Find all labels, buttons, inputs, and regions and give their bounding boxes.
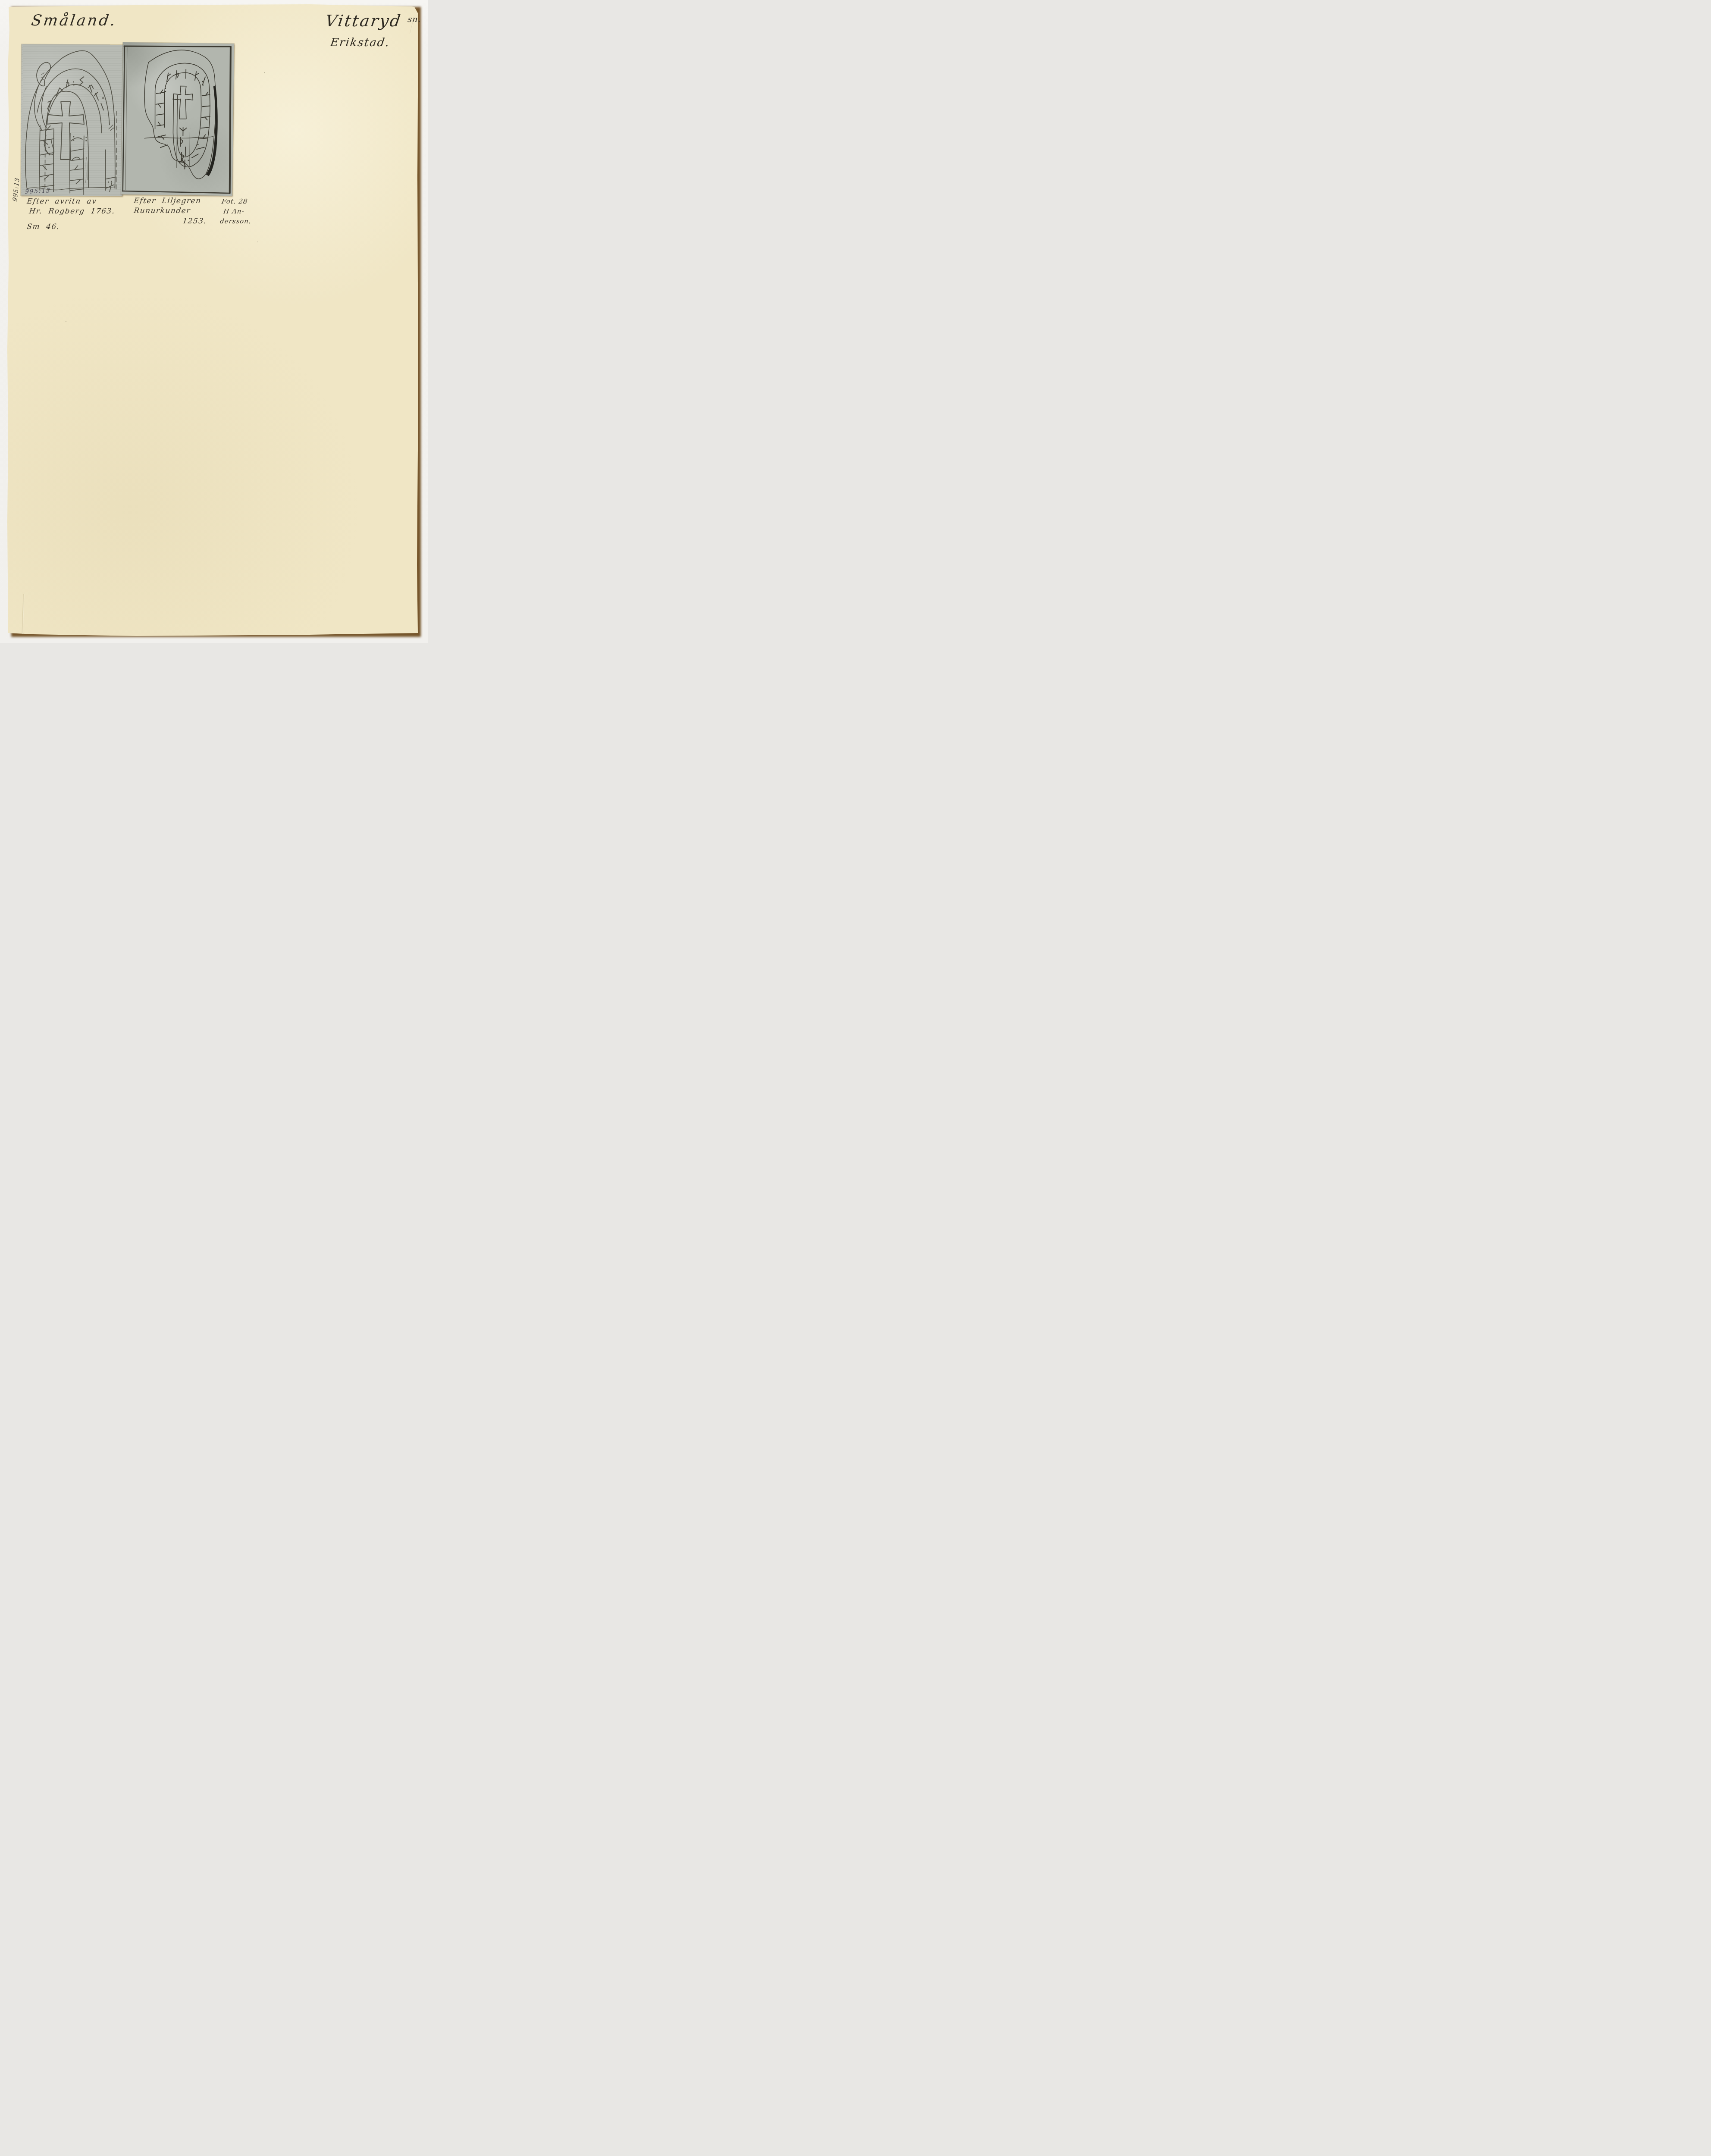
caption-liljegren-line2: Runurkunder [133,207,191,215]
region-label: Småland. [30,12,118,29]
photo-rogberg-drawing: 995:13 [21,44,123,196]
locality-label: Erikstad. [329,36,391,49]
cross [173,86,193,119]
paper-speck [264,72,265,73]
archive-card-scan: Småland. Vittarydsn. Erikstad. 995:13 [0,0,428,643]
rune-band-inner [164,72,202,157]
arch-runes [47,77,103,110]
parish-abbreviation: sn. [407,15,422,24]
runestone-drawing-liljegren [121,42,234,196]
photographer-note-line2: H An- [223,207,245,215]
caption-liljegren-line3: 1253. [182,217,207,226]
caption-rogberg-line1: Efter avritn av [26,197,97,206]
runestone-drawing-rogberg [21,44,123,196]
photographer-note-line1: Fot. 28 [221,197,248,205]
cross [47,102,85,160]
paper-speck [66,321,66,322]
caption-liljegren-line1: Efter Liljegren [133,197,202,205]
photographer-note-line3: dersson. [219,217,252,225]
caption-rogberg-line2: Hr. Rogberg 1763. [28,207,116,216]
photo-inventory-number: 995:13 [25,187,51,195]
paper-speck [257,241,258,242]
rune-band-inner-arc [46,85,102,133]
band-runes [155,69,211,166]
center-rune-band [69,133,84,194]
caption-rogberg-line3: Sm 46. [26,222,60,231]
photo-liljegren-drawing [121,42,234,196]
parish-label: Vittarydsn. [324,12,422,30]
stone-outline [25,50,116,188]
parish-name: Vittaryd [324,12,403,30]
rune-band-outer [154,63,210,167]
stone-shadow [206,85,218,176]
left-rune-band [40,125,54,192]
